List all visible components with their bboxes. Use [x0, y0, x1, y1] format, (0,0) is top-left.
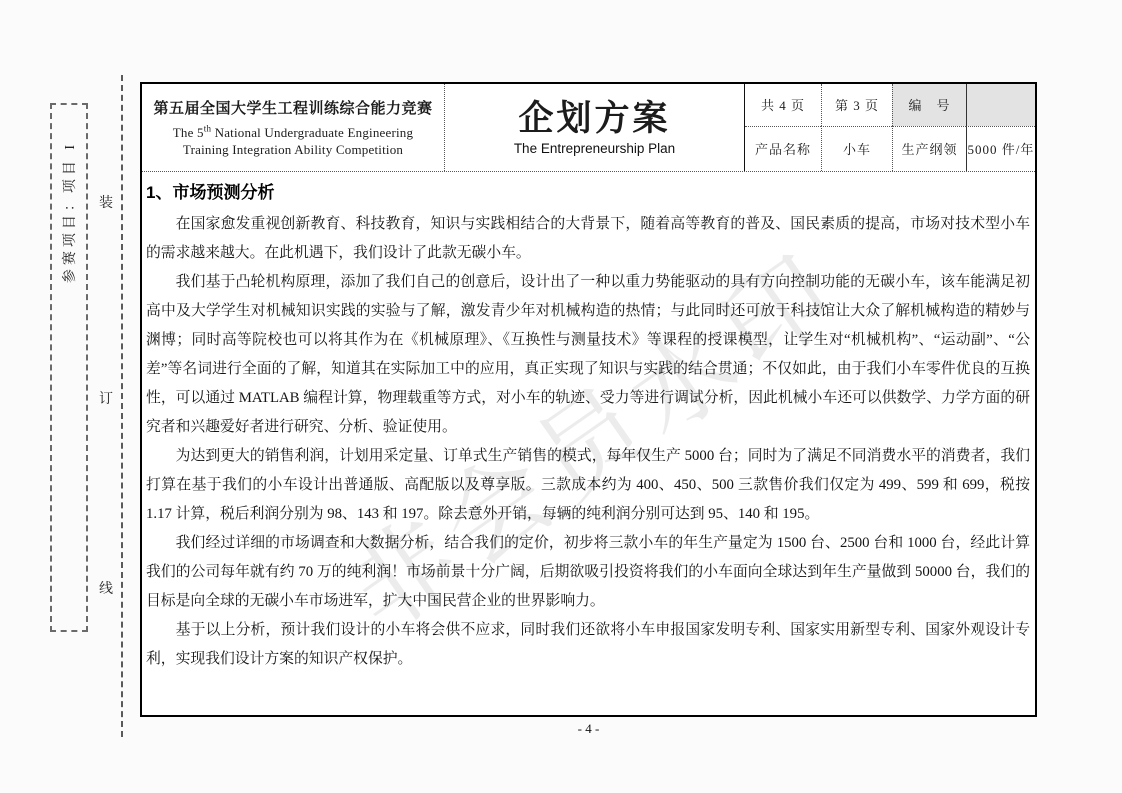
document-body: 非会员水印 1、市场预测分析 在国家愈发重视创新教育、科技教育，知识与实践相结合… — [142, 172, 1035, 717]
doc-title-zh: 企划方案 — [518, 100, 670, 138]
binding-dashed-line — [121, 75, 123, 737]
competition-title-en-line2: Training Integration Ability Competition — [183, 142, 403, 157]
total-pages-cell: 共 4 页 — [745, 84, 821, 126]
paragraph-3: 为达到更大的销售利润，计划用采定量、订单式生产销售的模式，每年仅生产 5000 … — [146, 442, 1030, 529]
body-content: 1、市场预测分析 在国家愈发重视创新教育、科技教育，知识与实践相结合的大背景下，… — [146, 178, 1030, 674]
doc-title-cell: 企划方案 The Entrepreneurship Plan — [445, 84, 745, 171]
current-page-cell: 第 3 页 — [821, 84, 892, 126]
document-page: 第五届全国大学生工程训练综合能力竞赛 The 5th National Unde… — [140, 82, 1037, 717]
section-heading: 1、市场预测分析 — [146, 178, 1030, 203]
production-value-cell: 5000 件/年 — [966, 126, 1035, 171]
competition-title-en: The 5th National Undergraduate Engineeri… — [173, 121, 413, 158]
doc-title-en: The Entrepreneurship Plan — [514, 141, 675, 156]
paragraph-1: 在国家愈发重视创新教育、科技教育，知识与实践相结合的大背景下，随着高等教育的普及… — [146, 210, 1030, 268]
paragraph-4: 我们经过详细的市场调查和大数据分析，结合我们的定价，初步将三款小车的年生产量定为… — [146, 529, 1030, 616]
paragraph-5: 基于以上分析，预计我们设计的小车将会供不应求，同时我们还欲将小车申报国家发明专利… — [146, 616, 1030, 674]
competition-title-en-line1: The 5th National Undergraduate Engineeri… — [173, 125, 413, 140]
production-label-cell: 生产纲领 — [892, 126, 966, 171]
binding-char-ding: 订 — [97, 388, 115, 408]
competition-title-cell: 第五届全国大学生工程训练综合能力竞赛 The 5th National Unde… — [142, 84, 445, 171]
number-label-cell: 编 号 — [892, 84, 966, 126]
binding-char-zhuang: 装 — [97, 192, 115, 212]
product-name-value-cell: 小车 — [821, 126, 892, 171]
number-value-cell — [966, 84, 1035, 126]
competition-title-zh: 第五届全国大学生工程训练综合能力竞赛 — [153, 97, 432, 118]
paragraph-2: 我们基于凸轮机构原理，添加了我们自己的创意后，设计出了一种以重力势能驱动的具有方… — [146, 268, 1030, 442]
meta-grid: 共 4 页 第 3 页 编 号 产品名称 小车 生产纲领 5000 件/年 — [745, 84, 1035, 171]
document-canvas: 参赛项目：项目 I 装 订 线 第五届全国大学生工程训练综合能力竞赛 The 5… — [0, 0, 1122, 793]
project-label: 参赛项目：项目 I — [59, 141, 79, 283]
binding-char-xian: 线 — [97, 578, 115, 598]
footer-page-number: - 4 - — [140, 721, 1037, 737]
product-name-label-cell: 产品名称 — [745, 126, 821, 171]
header-table: 第五届全国大学生工程训练综合能力竞赛 The 5th National Unde… — [142, 84, 1035, 172]
